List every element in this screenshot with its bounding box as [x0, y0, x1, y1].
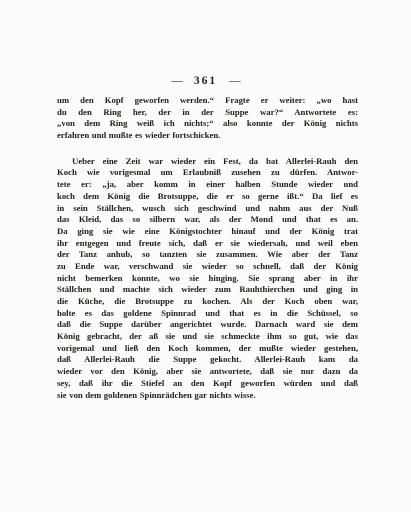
text-line: die Küche, die Brotsuppe zu kochen. Als … — [57, 296, 358, 308]
page-number: 361 — [194, 75, 217, 87]
paragraph: um den Kopf geworfen werden.“ Fragte er … — [57, 95, 358, 142]
header-dash-left: — — [171, 75, 182, 87]
text-line: ihr entgegen und freute sich, daß er sie… — [57, 238, 358, 250]
page-text: um den Kopf geworfen werden.“ Fragte er … — [57, 95, 358, 401]
text-line: tete er: „ja, aber komm in einer halben … — [57, 179, 358, 191]
page-header: —361— — [0, 75, 411, 87]
text-line: Koch wie vorigesmal um Erlaubniß zusehen… — [57, 167, 358, 179]
text-line: das Kleid, das so silbern war, als der M… — [57, 214, 358, 226]
text-line: wieder vor den König, aber sie antwortet… — [57, 366, 358, 378]
paragraph: Ueber eine Zeit war wieder ein Fest, da … — [57, 156, 358, 401]
text-line: daß Allerlei-Rauh die Suppe gekocht. All… — [57, 354, 358, 366]
text-line: um den Kopf geworfen werden.“ Fragte er … — [57, 95, 358, 107]
text-line: nicht bemerken konnte, wo sie hinging. S… — [57, 273, 358, 285]
text-line: „von dem Ring weiß ich nichts;“ also kon… — [57, 118, 358, 130]
text-line: Ueber eine Zeit war wieder ein Fest, da … — [57, 156, 358, 168]
text-line: in sein Ställchen, wusch sich geschwind … — [57, 203, 358, 215]
text-line: erfahren und mußte es wieder fortschicke… — [57, 130, 358, 142]
book-page: —361— um den Kopf geworfen werden.“ Frag… — [0, 0, 411, 512]
text-line: sie von dem goldenen Spinnrädchen gar ni… — [57, 390, 358, 402]
text-line: Da ging sie wie eine Königstochter hinau… — [57, 226, 358, 238]
text-line: zu Ende war, verschwand sie wieder so sc… — [57, 261, 358, 273]
text-line: König gebracht, der aß sie und sie schme… — [57, 331, 358, 343]
text-line: vorigemal und ließ den Koch kommen, der … — [57, 343, 358, 355]
text-line: der Tanz anhub, so tanzten sie zusammen.… — [57, 249, 358, 261]
text-line: holte es das goldene Spinnrad und that e… — [57, 308, 358, 320]
text-line: Ställchen und machte sich wieder zum Rau… — [57, 284, 358, 296]
text-line: koch dem König die Brotsuppe, die er so … — [57, 191, 358, 203]
text-line: sey, daß ihr die Stiefel an den Kopf gew… — [57, 378, 358, 390]
text-line: daß die Suppe darüber angerichtet wurde.… — [57, 319, 358, 331]
header-dash-right: — — [229, 75, 240, 87]
text-line: du den Ring her, der in der Suppe war?“ … — [57, 107, 358, 119]
